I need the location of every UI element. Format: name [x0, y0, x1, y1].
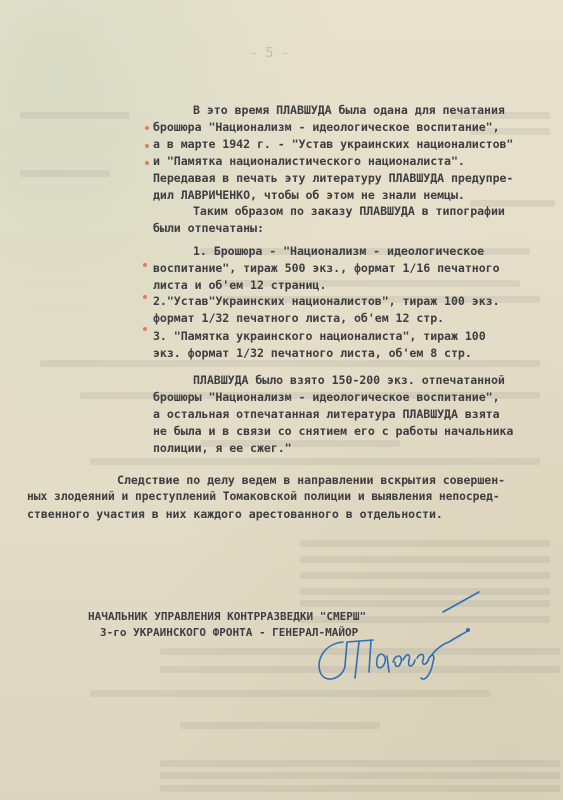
text-line: В это время ПЛАВШУДА была одана для печа… — [193, 103, 505, 117]
margin-mark — [143, 263, 147, 267]
text-line: не была и в связи со снятием его с работ… — [153, 424, 513, 438]
text-line: ственного участия в них каждого арестова… — [27, 507, 443, 521]
text-line: а остальная отпечатанная литература ПЛАВ… — [153, 407, 500, 421]
text-line: дил ЛАВРИЧЕНКО, чтобы об этом не знали н… — [153, 188, 465, 202]
margin-mark — [143, 295, 147, 299]
text-line: 3. "Памятка украинского националиста", т… — [153, 329, 486, 343]
text-line: экз. формат 1/32 печатного листа, об'ем … — [153, 346, 472, 360]
text-line: Следствие по делу ведем в направлении вс… — [117, 473, 505, 487]
text-line: 2."Устав"Украинских националистов", тира… — [153, 294, 500, 308]
text-line: листа и об'ем 12 страниц. — [153, 278, 326, 292]
text-line: формат 1/32 печатного листа, об'ем 12 ст… — [153, 311, 444, 325]
text-line: брошюра "Национализм - идеологическое во… — [153, 120, 500, 134]
document-page: - 5 - В это время ПЛАВШУДА была — [0, 0, 563, 800]
text-line: 1. Брошюра - "Национализм - идеологическ… — [193, 244, 484, 258]
page-number: - 5 - — [250, 46, 289, 61]
margin-mark — [143, 327, 147, 331]
text-line: воспитание", тираж 500 экз., формат 1/16… — [153, 261, 500, 275]
margin-mark — [145, 126, 149, 130]
text-line: были отпечатаны: — [153, 221, 264, 235]
text-line: ных злодеяний и преступлений Томаковской… — [27, 490, 500, 503]
handwritten-signature-icon — [303, 582, 483, 692]
text-line: Таким образом по заказу ПЛАВШУДА в типог… — [193, 204, 505, 218]
text-line: и "Памятка националистического национали… — [153, 154, 465, 168]
text-line: а в марте 1942 г. - "Устав украинских на… — [153, 137, 513, 151]
text-line: полиции, я ее сжег." — [153, 441, 292, 455]
text-line: ПЛАВШУДА было взято 150-200 экз. отпечат… — [193, 373, 505, 387]
margin-mark — [145, 161, 149, 165]
text-line: Передавая в печать эту литературу ПЛАВШУ… — [153, 171, 513, 185]
text-line: брошюры "Национализм - идеологическое во… — [153, 390, 500, 404]
margin-mark — [145, 144, 149, 148]
